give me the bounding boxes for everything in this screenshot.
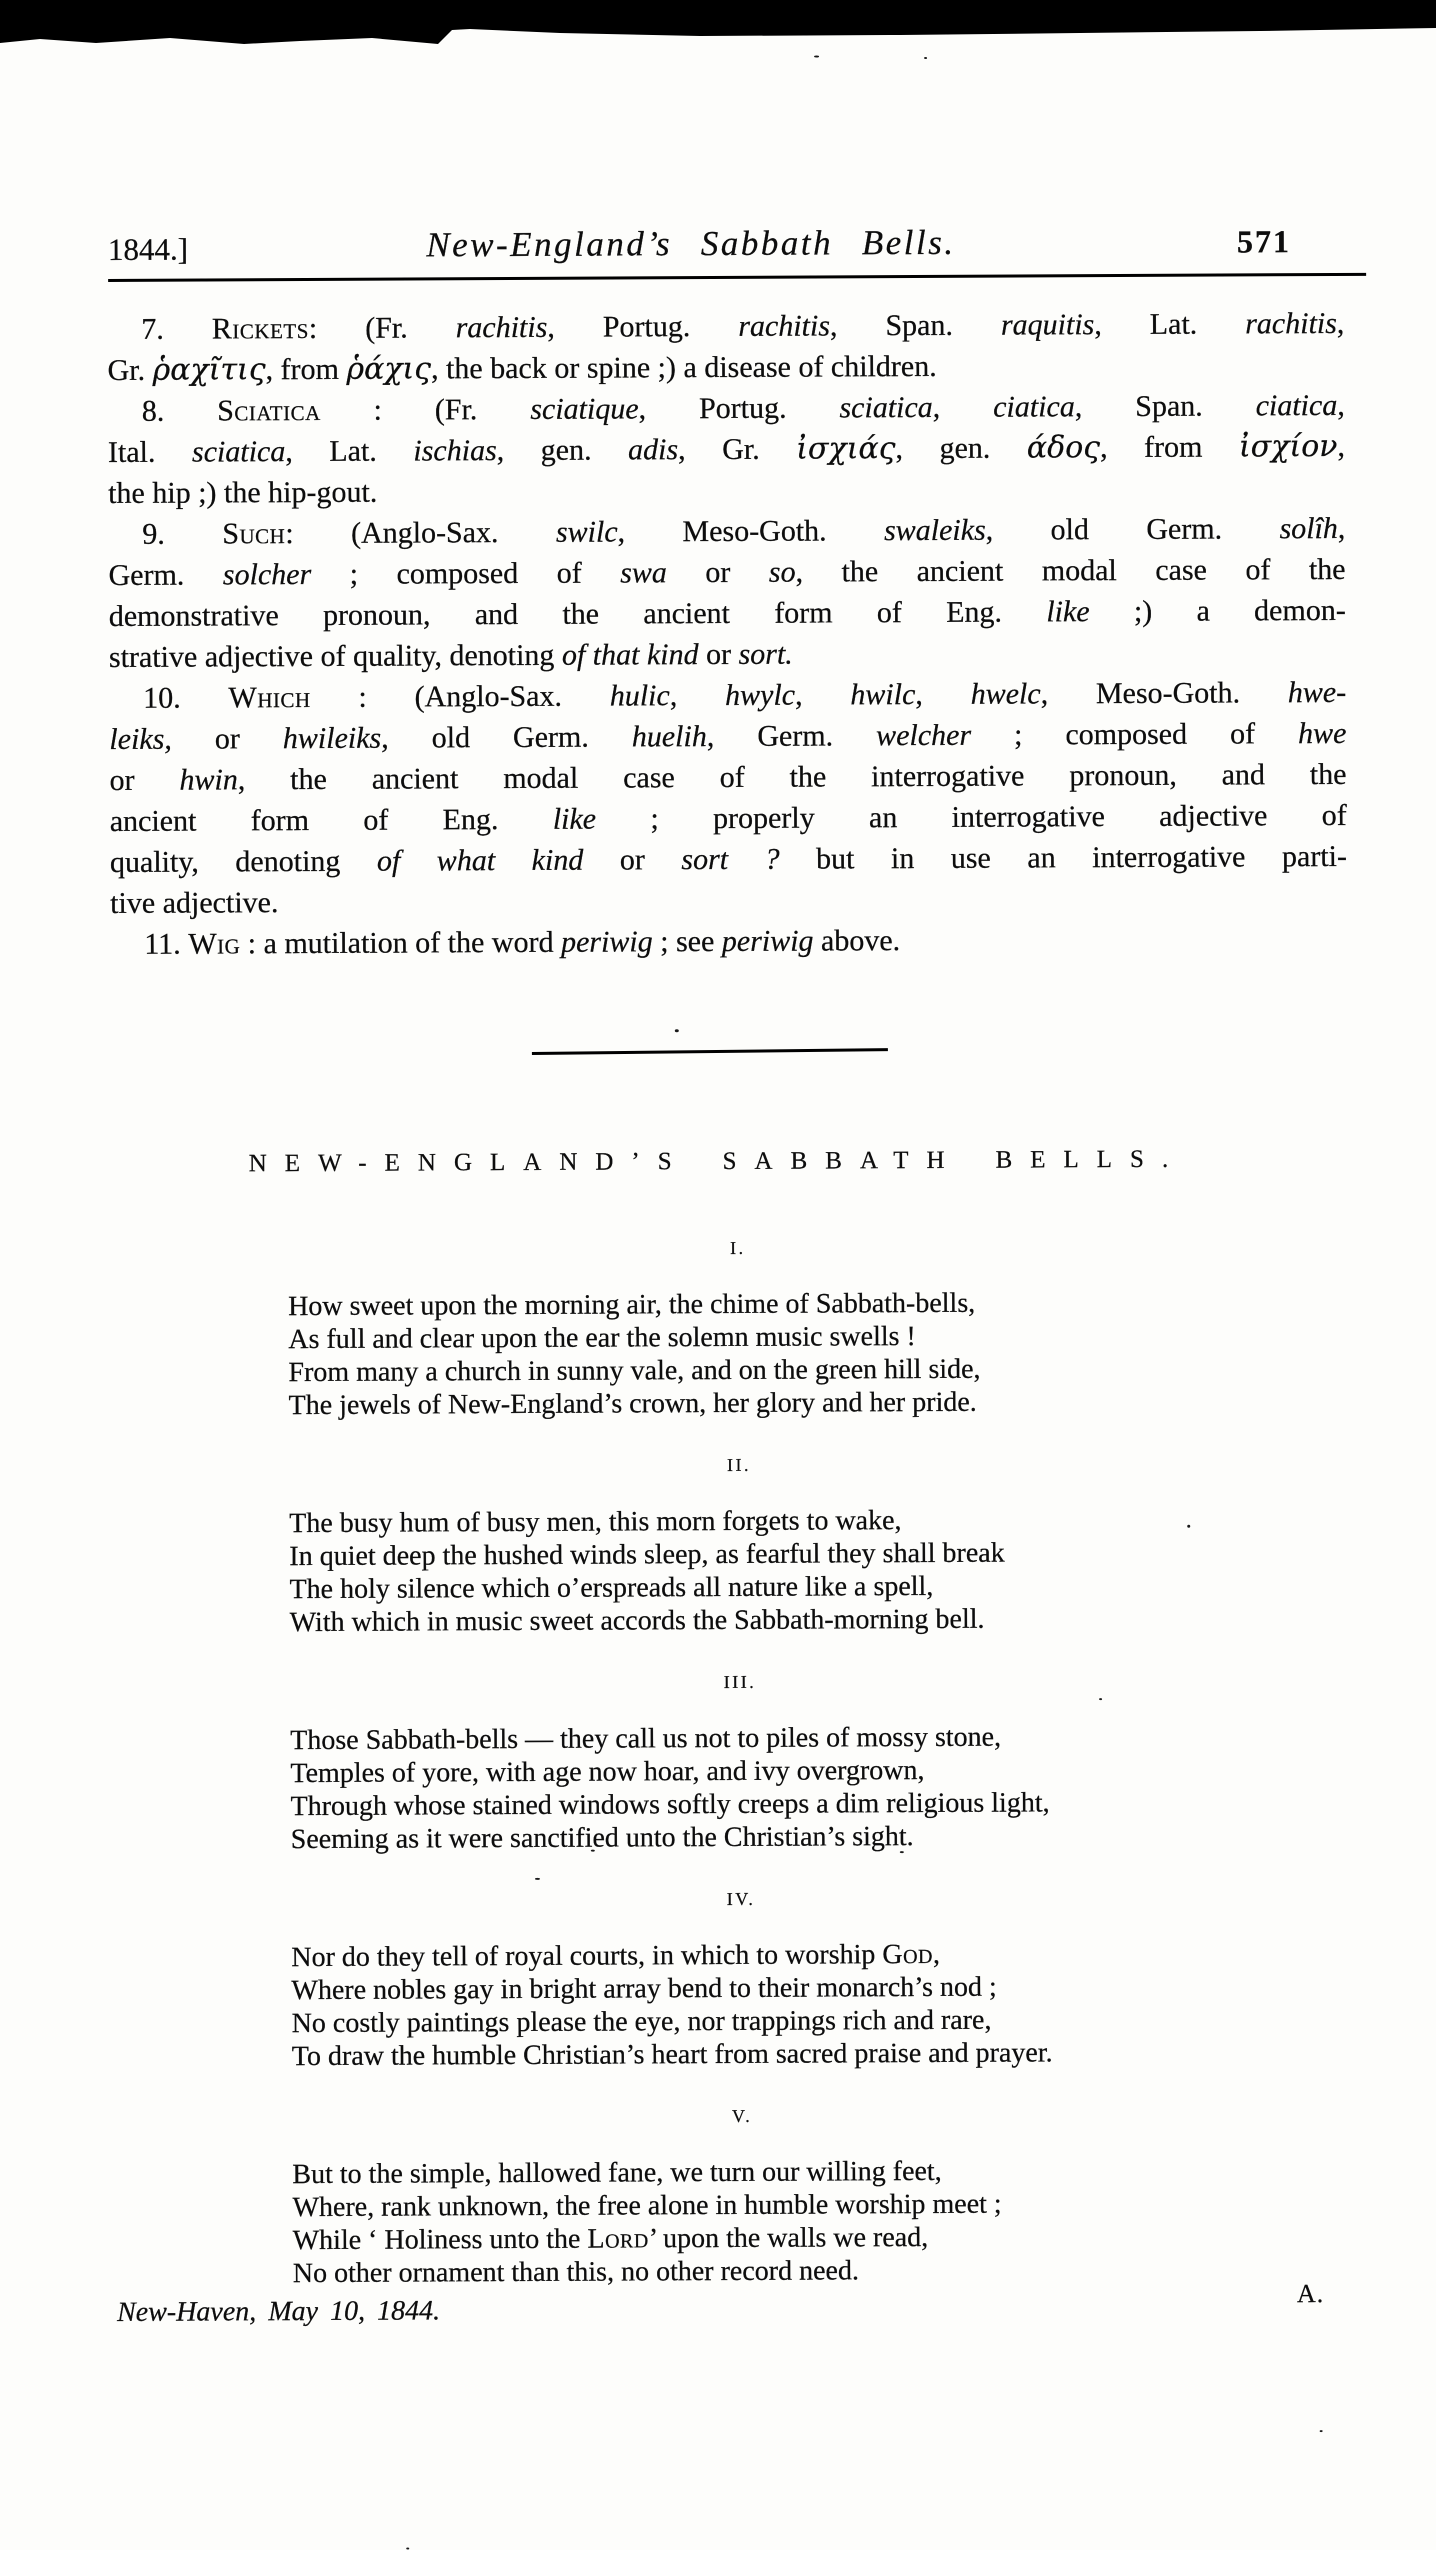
text-line: 11. Wig : a mutilation of the word periw…	[110, 918, 1347, 965]
text-segment: ,	[670, 679, 725, 712]
dictionary-entry: 10. Which : (Anglo-Sax. hulic, hwylc, hw…	[109, 672, 1347, 924]
text-segment: With which in music sweet accords the Sa…	[290, 1604, 985, 1638]
text-segment: hwilc	[850, 678, 915, 711]
text-segment: , Lat.	[285, 434, 413, 468]
text-segment: ; composed of	[311, 556, 620, 591]
text-segment: swilc	[556, 515, 618, 548]
stanza-number: III.	[290, 1670, 1190, 1694]
text-segment: , Span.	[830, 309, 1001, 343]
text-segment: periwig	[722, 925, 814, 958]
text-segment: , from	[1100, 430, 1239, 464]
text-segment: ,	[1337, 430, 1345, 463]
text-segment: hwin	[179, 763, 238, 796]
text-segment: adis	[628, 433, 678, 466]
text-segment: hwileiks	[283, 722, 381, 755]
text-segment: ; see	[653, 925, 722, 958]
text-segment: : (Anglo-Sax.	[311, 680, 610, 714]
scan-speck	[1187, 1525, 1190, 1528]
text-segment: , Portug.	[639, 391, 840, 425]
stanza-lines: But to the simple, hallowed fane, we tur…	[292, 2154, 1193, 2290]
text-line: demonstrative pronoun, and the ancient f…	[109, 590, 1346, 637]
stanza-lines: The busy hum of busy men, this morn forg…	[289, 1503, 1190, 1639]
text-line: But to the simple, hallowed fane, we tur…	[292, 2154, 1192, 2191]
poem-stanza: V.But to the simple, hallowed fane, we t…	[292, 2104, 1193, 2290]
text-segment: ,	[1337, 389, 1345, 422]
text-segment: rachitis	[456, 311, 548, 344]
text-line: Nor do they tell of royal courts, in whi…	[291, 1937, 1191, 1974]
poem-stanza: IV.Nor do they tell of royal courts, in …	[291, 1887, 1192, 2073]
text-segment: While ‘ Holiness unto the	[293, 2224, 588, 2256]
text-line: The busy hum of busy men, this morn forg…	[289, 1503, 1189, 1540]
text-segment: Nor do they tell of royal courts, in whi…	[291, 1939, 882, 1973]
text-line: In quiet deep the hushed winds sleep, as…	[289, 1536, 1189, 1573]
text-line: To draw the humble Christian’s heart fro…	[292, 2036, 1192, 2073]
text-segment: , the ancient modal case of the interrog…	[238, 758, 1347, 796]
text-segment: ,	[915, 678, 970, 711]
text-line: leiks, or hwileiks, old Germ. huelih, Ge…	[109, 713, 1346, 760]
text-segment: , Meso-Goth.	[1041, 676, 1288, 710]
text-segment: : (Anglo-Sax.	[285, 516, 556, 550]
text-segment: The jewels of New-England’s crown, her g…	[289, 1387, 977, 1421]
poem-stanza: I.How sweet upon the morning air, the ch…	[288, 1236, 1189, 1422]
text-segment: hwelc	[971, 677, 1041, 710]
text-segment: ischias	[413, 434, 497, 467]
text-segment: Through whose stained windows softly cre…	[291, 1787, 1050, 1822]
text-segment: , from	[265, 353, 346, 386]
text-segment: Seeming as it were sanctified unto the C…	[291, 1821, 914, 1855]
text-segment: or	[172, 722, 283, 756]
text-segment: solcher	[223, 558, 311, 591]
text-line: Through whose stained windows softly cre…	[291, 1786, 1191, 1823]
text-segment: Lord	[587, 2223, 648, 2254]
text-segment: sciatica	[839, 391, 932, 424]
text-segment: ciatica	[993, 390, 1075, 423]
text-segment: so	[769, 556, 796, 589]
scan-speck	[675, 1029, 679, 1032]
text-segment: ,	[933, 391, 994, 424]
text-segment: ,	[1338, 512, 1346, 545]
text-segment: 9.	[142, 517, 222, 550]
text-segment: Wig	[188, 927, 240, 960]
text-segment: swa	[620, 556, 667, 589]
text-segment: , Portug.	[547, 310, 738, 344]
text-line: Ital. sciatica, Lat. ischias, gen. adis,…	[108, 426, 1345, 473]
stanza-lines: Nor do they tell of royal courts, in whi…	[291, 1937, 1192, 2073]
text-segment: welcher	[876, 719, 971, 752]
running-title: New-England’s Sabbath Bells.	[0, 221, 1409, 268]
stanza-lines: Those Sabbath-bells — they call us not t…	[290, 1720, 1191, 1856]
stanza-number: IV.	[291, 1887, 1191, 1911]
text-segment: Germ.	[108, 558, 222, 592]
text-segment: , old Germ.	[381, 720, 632, 754]
text-segment: or	[109, 764, 179, 797]
text-segment: hwe-	[1288, 676, 1346, 709]
signature: A.	[1297, 2279, 1324, 2309]
poem-stanza: III.Those Sabbath-bells — they call us n…	[290, 1670, 1191, 1856]
text-segment: 7.	[141, 312, 212, 345]
text-segment: ; composed of	[971, 717, 1298, 752]
text-segment: , the back or spine ;) a disease of chil…	[431, 350, 937, 385]
text-segment: ἰσχίον	[1239, 429, 1338, 464]
dateline: New-Haven, May 10, 1844.	[117, 2295, 440, 2329]
dictionary-entry: 8. Sciatica : (Fr. sciatique, Portug. sc…	[108, 385, 1346, 514]
text-segment: hwe	[1298, 717, 1346, 750]
text-line: Where, rank unknown, the free alone in h…	[292, 2187, 1192, 2224]
scan-speck	[900, 1851, 904, 1853]
text-segment: strative adjective of quality, denoting	[109, 639, 562, 674]
poem-stanza: II.The busy hum of busy men, this morn f…	[289, 1453, 1190, 1639]
page-number: 571	[1237, 223, 1291, 260]
text-segment: ciatica	[1256, 389, 1338, 422]
text-segment: sciatica	[192, 435, 285, 468]
text-line: With which in music sweet accords the Sa…	[290, 1602, 1190, 1639]
scan-speck	[1320, 2430, 1323, 2432]
text-line: As full and clear upon the ear the solem…	[288, 1319, 1188, 1356]
text-segment: hulic	[610, 679, 670, 712]
page-content: 1844.] New-England’s Sabbath Bells. 571 …	[0, 0, 1436, 2550]
text-segment: ’ upon the walls we read,	[649, 2222, 929, 2254]
text-segment: or	[698, 638, 738, 671]
text-segment: Rickets	[212, 312, 309, 345]
dictionary-entries: 7. Rickets: (Fr. rachitis, Portug. rachi…	[107, 303, 1347, 965]
text-segment: ,	[933, 1939, 940, 1970]
stanza-number: V.	[292, 2104, 1192, 2128]
text-line: Seeming as it were sanctified unto the C…	[291, 1819, 1191, 1856]
text-segment: : (Fr.	[321, 393, 531, 427]
dictionary-entry: 11. Wig : a mutilation of the word periw…	[110, 918, 1347, 965]
text-line: quality, denoting of what kind or sort ?…	[110, 836, 1347, 883]
text-segment: huelih	[632, 720, 707, 753]
text-segment: ἰσχιάς	[796, 431, 895, 466]
text-line: The holy silence which o’erspreads all n…	[289, 1569, 1189, 1606]
text-segment: 10.	[143, 681, 228, 714]
text-line: or hwin, the ancient modal case of the i…	[109, 754, 1346, 801]
text-segment: ancient form of Eng.	[110, 803, 553, 838]
text-segment: sort.	[738, 638, 792, 671]
scan-speck	[924, 57, 927, 59]
poem-stanzas: I.How sweet upon the morning air, the ch…	[288, 1236, 1193, 2325]
text-segment: , Span.	[1075, 389, 1256, 423]
text-line: tive adjective.	[110, 877, 1347, 924]
poem-title: NEW-ENGLAND’S SABBATH BELLS.	[0, 1144, 1436, 1179]
text-segment: rachitis	[738, 309, 830, 342]
text-segment: God	[882, 1939, 933, 1970]
text-segment: leiks,	[109, 723, 172, 756]
text-segment: The busy hum of busy men, this morn forg…	[289, 1505, 901, 1539]
text-segment: But to the simple, hallowed fane, we tur…	[292, 2156, 941, 2190]
text-segment: 8.	[142, 394, 218, 427]
text-segment: , Meso-Goth.	[618, 514, 885, 548]
text-segment: ῥάχις	[346, 351, 431, 386]
text-segment: Gr.	[107, 354, 152, 387]
text-segment: No costly paintings please the eye, nor …	[292, 2005, 992, 2039]
text-segment: , gen.	[497, 433, 629, 467]
text-line: 10. Which : (Anglo-Sax. hulic, hwylc, hw…	[109, 672, 1346, 719]
text-line: Temples of yore, with age now hoar, and …	[290, 1753, 1190, 1790]
text-segment: ;) a demon-	[1090, 594, 1346, 628]
scan-speck	[814, 55, 819, 57]
text-segment: Such	[222, 517, 285, 550]
text-segment: solîh	[1279, 512, 1338, 545]
scanned-page: 1844.] New-England’s Sabbath Bells. 571 …	[0, 0, 1436, 2550]
stanza-number: II.	[289, 1453, 1189, 1477]
text-segment: ; properly an interrogative adjective of	[596, 799, 1347, 836]
text-line: Germ. solcher ; composed of swa or so, t…	[108, 549, 1345, 596]
text-segment: periwig	[561, 925, 653, 958]
text-segment: ,	[1337, 307, 1345, 340]
text-line: The jewels of New-England’s crown, her g…	[289, 1385, 1189, 1422]
text-segment: , the ancient modal case of the	[795, 553, 1345, 589]
text-segment: Where, rank unknown, the free alone in h…	[292, 2189, 1001, 2223]
section-divider	[532, 1048, 888, 1055]
text-segment: Those Sabbath-bells — they call us not t…	[290, 1722, 1001, 1756]
text-segment: : (Fr.	[309, 311, 456, 345]
text-segment: of what kind	[377, 844, 584, 878]
text-segment: or	[583, 843, 681, 876]
text-line: Gr. ῥαχῖτις, from ῥάχις, the back or spi…	[107, 344, 1344, 391]
text-segment: In quiet deep the hushed winds sleep, as…	[289, 1538, 1004, 1572]
text-segment: Temples of yore, with age now hoar, and …	[290, 1755, 924, 1789]
text-segment: , Lat.	[1094, 307, 1245, 341]
text-line: 7. Rickets: (Fr. rachitis, Portug. rachi…	[107, 303, 1344, 350]
text-line: No other ornament than this, no other re…	[293, 2253, 1193, 2290]
stanza-number: I.	[288, 1236, 1188, 1260]
text-segment: but in use an interrogative parti-	[779, 840, 1347, 876]
text-segment: άδος	[1027, 430, 1100, 465]
text-segment: To draw the humble Christian’s heart fro…	[292, 2037, 1053, 2072]
text-line: While ‘ Holiness unto the Lord’ upon the…	[293, 2220, 1193, 2257]
text-segment: above.	[813, 924, 900, 957]
scan-speck	[591, 1850, 595, 1852]
text-segment: like	[1046, 595, 1089, 628]
text-segment: Which	[228, 681, 310, 714]
text-segment: or	[667, 556, 769, 589]
text-segment: , gen.	[895, 431, 1027, 465]
text-segment: , Gr.	[678, 433, 796, 467]
dictionary-entry: 9. Such: (Anglo-Sax. swilc, Meso-Goth. s…	[108, 508, 1346, 678]
text-segment: demonstrative pronoun, and the ancient f…	[109, 595, 1047, 633]
scan-speck	[406, 2548, 409, 2550]
text-line: 8. Sciatica : (Fr. sciatique, Portug. sc…	[108, 385, 1345, 432]
text-segment: , old Germ.	[986, 512, 1280, 546]
text-segment: like	[553, 803, 596, 836]
dictionary-entry: 7. Rickets: (Fr. rachitis, Portug. rachi…	[107, 303, 1344, 391]
text-line: How sweet upon the morning air, the chim…	[288, 1286, 1188, 1323]
text-segment: rachitis	[1245, 307, 1337, 340]
text-segment: From many a church in sunny vale, and on…	[288, 1354, 980, 1388]
text-segment: hwylc	[725, 679, 795, 712]
text-segment: Ital.	[108, 436, 192, 469]
text-segment: tive adjective.	[110, 886, 278, 920]
text-line: strative adjective of quality, denoting …	[109, 631, 1346, 678]
text-segment: of that kind	[562, 638, 699, 672]
text-segment: quality, denoting	[110, 845, 377, 879]
text-segment: Sciatica	[217, 394, 321, 428]
text-line: From many a church in sunny vale, and on…	[288, 1352, 1188, 1389]
text-segment: How sweet upon the morning air, the chim…	[288, 1288, 975, 1322]
text-segment: As full and clear upon the ear the solem…	[288, 1321, 916, 1355]
text-segment: No other ornament than this, no other re…	[293, 2255, 859, 2289]
text-segment: 11.	[144, 928, 188, 961]
text-line: 9. Such: (Anglo-Sax. swilc, Meso-Goth. s…	[108, 508, 1345, 555]
text-segment: : a mutilation of the word	[240, 926, 561, 961]
scan-speck	[535, 1878, 540, 1880]
stanza-lines: How sweet upon the morning air, the chim…	[288, 1286, 1189, 1422]
text-line: the hip ;) the hip-gout.	[108, 467, 1345, 514]
text-segment: sciatique	[530, 392, 638, 426]
text-segment: swaleiks	[884, 514, 986, 547]
text-segment: ῥαχῖτις	[152, 352, 265, 388]
header-rule	[108, 273, 1366, 282]
text-segment: , Germ.	[707, 719, 876, 753]
text-segment: Where nobles gay in bright array bend to…	[291, 1972, 996, 2006]
text-segment: the hip ;) the hip-gout.	[108, 476, 377, 510]
text-segment: sort ?	[681, 843, 779, 876]
text-line: Those Sabbath-bells — they call us not t…	[290, 1720, 1190, 1757]
text-segment: The holy silence which o’erspreads all n…	[289, 1571, 933, 1605]
scan-speck	[1099, 1698, 1102, 1700]
text-line: ancient form of Eng. like ; properly an …	[110, 795, 1347, 842]
text-line: No costly paintings please the eye, nor …	[292, 2003, 1192, 2040]
text-segment: raquitis	[1001, 308, 1095, 341]
text-segment: ,	[795, 678, 850, 711]
text-line: Where nobles gay in bright array bend to…	[291, 1970, 1191, 2007]
